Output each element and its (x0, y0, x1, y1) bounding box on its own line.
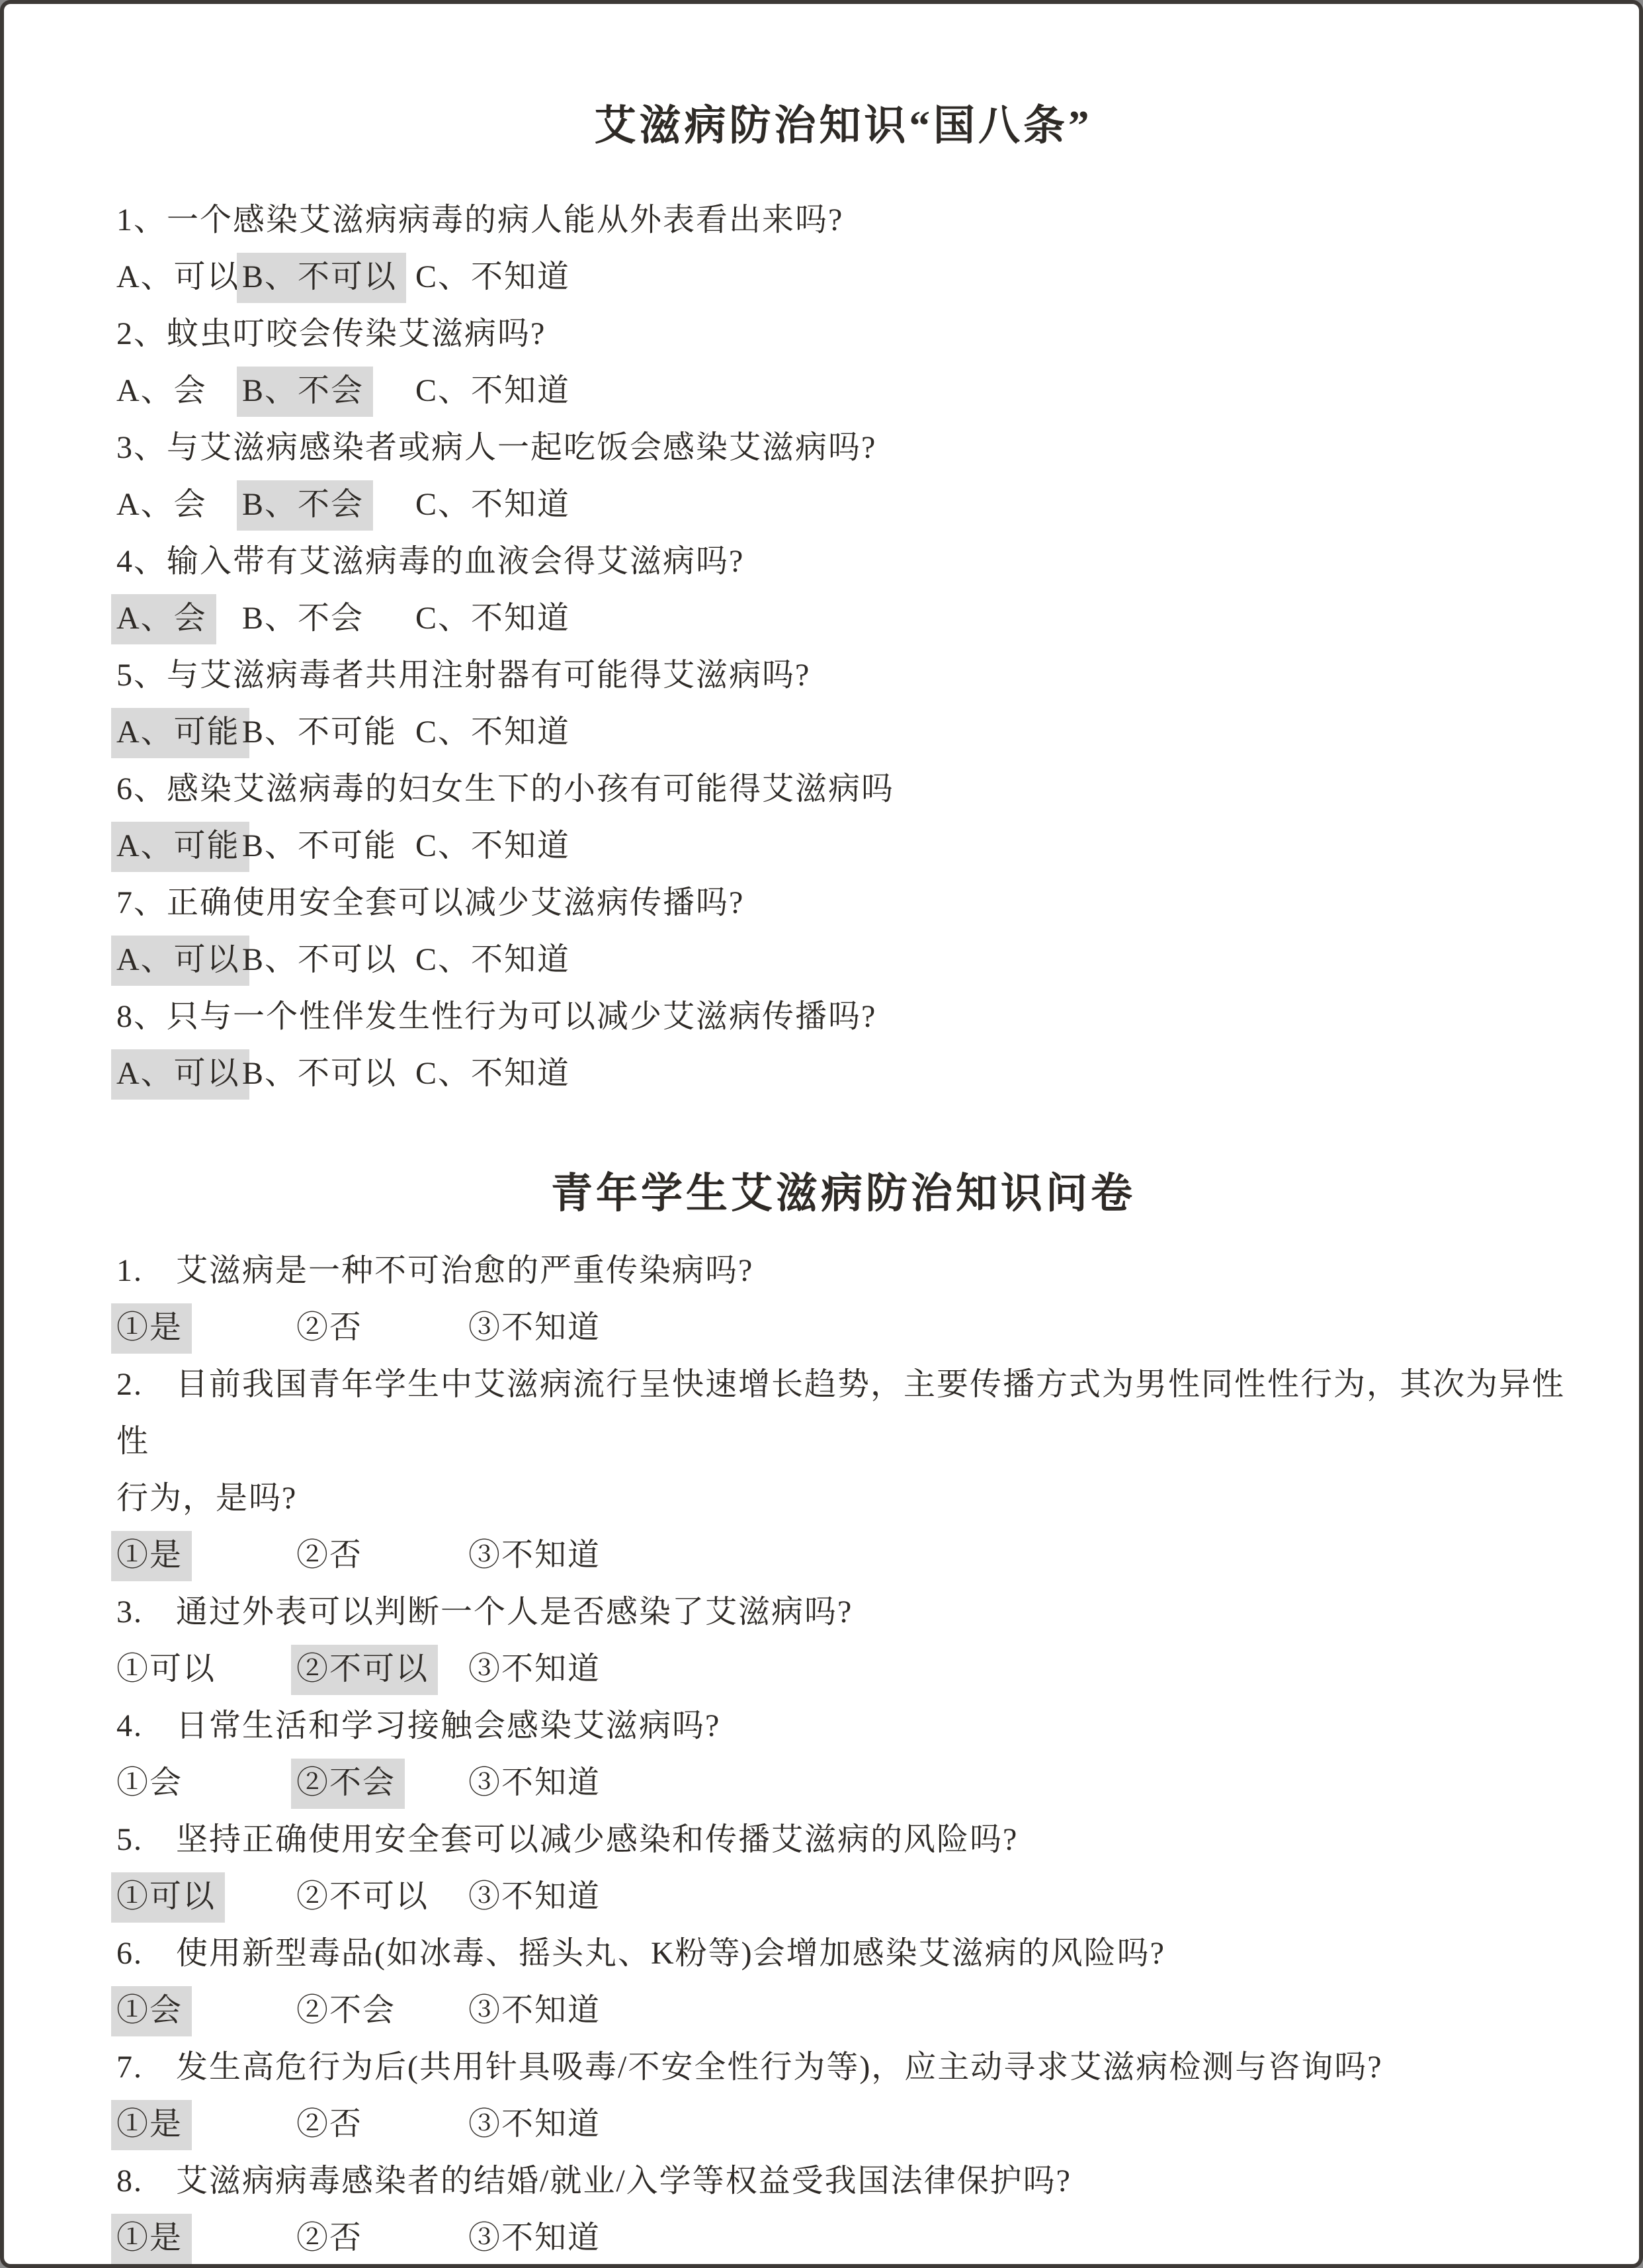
question-text: 3. 通过外表可以判断一个人是否感染了艾滋病吗? (116, 1584, 1570, 1641)
question-text: 8. 艾滋病病毒感染者的结婚/就业/入学等权益受我国法律保护吗? (116, 2153, 1570, 2210)
options-row: ①可以 ②不可以 ③不知道 (116, 1641, 1570, 1698)
option: A、可以 (116, 249, 242, 306)
option: ③不知道 (468, 2210, 1570, 2267)
option: ③不知道 (468, 1641, 1570, 1698)
option: ②不可以 (296, 1641, 468, 1698)
question-text: 2、蚊虫叮咬会传染艾滋病吗? (116, 306, 1570, 363)
question-block: 8. 艾滋病病毒感染者的结婚/就业/入学等权益受我国法律保护吗? ①是 ②否 ③… (116, 2153, 1570, 2267)
option: C、不知道 (415, 363, 1570, 419)
option-label: A、会 (111, 594, 216, 644)
option: ③不知道 (468, 2096, 1570, 2153)
question-block: 1. 艾滋病是一种不可治愈的严重传染病吗? ①是 ②否 ③不知道 (116, 1243, 1570, 1356)
questionnaire-page: 艾滋病防治知识“国八条” 1、一个感染艾滋病病毒的病人能从外表看出来吗? A、可… (0, 0, 1643, 2268)
option: ②否 (296, 2210, 468, 2267)
question-text: 5、与艾滋病毒者共用注射器有可能得艾滋病吗? (116, 647, 1570, 704)
option: C、不知道 (415, 818, 1570, 875)
option-label: C、不知道 (415, 939, 570, 981)
question-block: 4、输入带有艾滋病毒的血液会得艾滋病吗? A、会 B、不会 C、不知道 (116, 533, 1570, 647)
option-label: ③不知道 (468, 1989, 601, 2032)
option: B、不会 (242, 590, 415, 647)
option: ①是 (116, 1527, 296, 1584)
option-label: ①可以 (116, 1648, 216, 1690)
question-text: 6. 使用新型毒品(如冰毒、摇头丸、K粉等)会增加感染艾滋病的风险吗? (116, 1925, 1570, 1982)
section-2-title: 青年学生艾滋病防治知识问卷 (116, 1163, 1570, 1224)
option-label: A、可能 (111, 822, 249, 872)
question-block: 2、蚊虫叮咬会传染艾滋病吗? A、会 B、不会 C、不知道 (116, 306, 1570, 419)
option: C、不知道 (415, 932, 1570, 988)
option-label: C、不知道 (415, 597, 570, 640)
option-label: B、不会 (237, 367, 373, 417)
question-block: 5、与艾滋病毒者共用注射器有可能得艾滋病吗? A、可能 B、不可能 C、不知道 (116, 647, 1570, 761)
option: A、可能 (116, 704, 242, 761)
option: ①可以 (116, 1641, 296, 1698)
option: A、会 (116, 363, 242, 419)
option: C、不知道 (415, 704, 1570, 761)
option: A、可以 (116, 1045, 242, 1102)
option-label: B、不可以 (237, 253, 406, 303)
question-text: 3、与艾滋病感染者或病人一起吃饭会感染艾滋病吗? (116, 419, 1570, 476)
option-label: ②否 (296, 2217, 362, 2259)
option: B、不会 (242, 476, 415, 533)
option-label: B、不可能 (242, 711, 397, 754)
options-row: A、可能 B、不可能 C、不知道 (116, 704, 1570, 761)
option: ③不知道 (468, 1299, 1570, 1356)
option-label: ②否 (296, 2103, 362, 2146)
question-text: 1、一个感染艾滋病病毒的病人能从外表看出来吗? (116, 192, 1570, 249)
option: A、可能 (116, 818, 242, 875)
question-block: 3. 通过外表可以判断一个人是否感染了艾滋病吗? ①可以 ②不可以 ③不知道 (116, 1584, 1570, 1698)
question-block: 5. 坚持正确使用安全套可以减少感染和传播艾滋病的风险吗? ①可以 ②不可以 ③… (116, 1811, 1570, 1925)
option: B、不会 (242, 363, 415, 419)
option: B、不可以 (242, 249, 415, 306)
question-text: 2. 目前我国青年学生中艾滋病流行呈快速增长趋势，主要传播方式为男性同性性行为，… (116, 1356, 1570, 1470)
options-row: A、可以 B、不可以 C、不知道 (116, 249, 1570, 306)
question-text: 7、正确使用安全套可以减少艾滋病传播吗? (116, 875, 1570, 932)
option-label: ①会 (116, 1762, 183, 1804)
option: ①会 (116, 1755, 296, 1811)
option-label: B、不会 (237, 480, 373, 531)
question-text: 4、输入带有艾滋病毒的血液会得艾滋病吗? (116, 533, 1570, 590)
option-label: A、可以 (111, 936, 249, 986)
option-label: ①是 (111, 1531, 192, 1581)
options-row: A、可能 B、不可能 C、不知道 (116, 818, 1570, 875)
options-row: A、会 B、不会 C、不知道 (116, 363, 1570, 419)
options-row: A、可以 B、不可以 C、不知道 (116, 1045, 1570, 1102)
option: ③不知道 (468, 1982, 1570, 2039)
question-block: 6. 使用新型毒品(如冰毒、摇头丸、K粉等)会增加感染艾滋病的风险吗? ①会 ②… (116, 1925, 1570, 2039)
option-label: ③不知道 (468, 1648, 601, 1690)
option-label: B、不可以 (242, 939, 397, 981)
option: ①是 (116, 2096, 296, 2153)
question-block: 4. 日常生活和学习接触会感染艾滋病吗? ①会 ②不会 ③不知道 (116, 1698, 1570, 1811)
option: B、不可能 (242, 704, 415, 761)
option: B、不可以 (242, 932, 415, 988)
option-label: B、不可能 (242, 825, 397, 867)
options-row: ①是 ②否 ③不知道 (116, 2210, 1570, 2267)
option-label: ③不知道 (468, 2103, 601, 2146)
options-row: ①会 ②不会 ③不知道 (116, 1755, 1570, 1811)
section-2: 1. 艾滋病是一种不可治愈的严重传染病吗? ①是 ②否 ③不知道 2. 目前我国… (116, 1243, 1570, 2267)
option: ②不会 (296, 1755, 468, 1811)
option-label: A、会 (116, 370, 207, 412)
option-label: A、可以 (111, 1049, 249, 1100)
option: B、不可以 (242, 1045, 415, 1102)
option: ①会 (116, 1982, 296, 2039)
option-label: B、不可以 (242, 1053, 397, 1095)
option-label: ②不会 (291, 1759, 405, 1809)
section-1: 1、一个感染艾滋病病毒的病人能从外表看出来吗? A、可以 B、不可以 C、不知道… (116, 192, 1570, 1102)
option-label: C、不知道 (415, 370, 570, 412)
option-label: ①可以 (111, 1872, 225, 1923)
options-row: A、可以 B、不可以 C、不知道 (116, 932, 1570, 988)
question-text: 1. 艾滋病是一种不可治愈的严重传染病吗? (116, 1243, 1570, 1299)
option-label: ①是 (111, 2100, 192, 2150)
options-row: ①是 ②否 ③不知道 (116, 1527, 1570, 1584)
option: ②否 (296, 1527, 468, 1584)
option: ②否 (296, 1299, 468, 1356)
option-label: ②否 (296, 1534, 362, 1577)
question-block: 3、与艾滋病感染者或病人一起吃饭会感染艾滋病吗? A、会 B、不会 C、不知道 (116, 419, 1570, 533)
option: ③不知道 (468, 1527, 1570, 1584)
option: C、不知道 (415, 590, 1570, 647)
option: ①是 (116, 2210, 296, 2267)
option: ②不会 (296, 1982, 468, 2039)
option-label: ③不知道 (468, 1307, 601, 1349)
options-row: ①是 ②否 ③不知道 (116, 2096, 1570, 2153)
option-label: B、不会 (242, 597, 364, 640)
question-block: 8、只与一个性伴发生性行为可以减少艾滋病传播吗? A、可以 B、不可以 C、不知… (116, 988, 1570, 1102)
question-block: 7. 发生高危行为后(共用针具吸毒/不安全性行为等)，应主动寻求艾滋病检测与咨询… (116, 2039, 1570, 2153)
option-label: ①会 (111, 1986, 192, 2036)
option: ②不可以 (296, 1868, 468, 1925)
option-label: C、不知道 (415, 256, 570, 298)
option: A、会 (116, 476, 242, 533)
option-label: A、可以 (116, 256, 240, 298)
option-label: ②不会 (296, 1989, 396, 2032)
question-text: 5. 坚持正确使用安全套可以减少感染和传播艾滋病的风险吗? (116, 1811, 1570, 1868)
question-text: 6、感染艾滋病毒的妇女生下的小孩有可能得艾滋病吗 (116, 761, 1570, 818)
question-text: 8、只与一个性伴发生性行为可以减少艾滋病传播吗? (116, 988, 1570, 1045)
options-row: A、会 B、不会 C、不知道 (116, 590, 1570, 647)
option: ①可以 (116, 1868, 296, 1925)
option: C、不知道 (415, 1045, 1570, 1102)
option-label: C、不知道 (415, 825, 570, 867)
option: ③不知道 (468, 1755, 1570, 1811)
options-row: ①会 ②不会 ③不知道 (116, 1982, 1570, 2039)
question-block: 6、感染艾滋病毒的妇女生下的小孩有可能得艾滋病吗 A、可能 B、不可能 C、不知… (116, 761, 1570, 875)
options-row: A、会 B、不会 C、不知道 (116, 476, 1570, 533)
section-1-title: 艾滋病防治知识“国八条” (116, 95, 1570, 156)
option-label: ③不知道 (468, 2217, 601, 2259)
option-label: ①是 (111, 1303, 192, 1354)
option-label: ②不可以 (291, 1645, 438, 1695)
option-label: ①是 (111, 2214, 192, 2264)
option-label: A、可能 (111, 708, 249, 758)
option: ③不知道 (468, 1868, 1570, 1925)
question-text: 7. 发生高危行为后(共用针具吸毒/不安全性行为等)，应主动寻求艾滋病检测与咨询… (116, 2039, 1570, 2096)
option: ①是 (116, 1299, 296, 1356)
option-label: ③不知道 (468, 1534, 601, 1577)
question-text: 4. 日常生活和学习接触会感染艾滋病吗? (116, 1698, 1570, 1755)
option: A、会 (116, 590, 242, 647)
options-row: ①可以 ②不可以 ③不知道 (116, 1868, 1570, 1925)
option-label: C、不知道 (415, 484, 570, 526)
question-block: 2. 目前我国青年学生中艾滋病流行呈快速增长趋势，主要传播方式为男性同性性行为，… (116, 1356, 1570, 1584)
option-label: ③不知道 (468, 1762, 601, 1804)
option-label: C、不知道 (415, 711, 570, 754)
option-label: ②不可以 (296, 1876, 429, 1918)
question-text-continued: 行为，是吗? (116, 1470, 1570, 1527)
option: ②否 (296, 2096, 468, 2153)
options-row: ①是 ②否 ③不知道 (116, 1299, 1570, 1356)
option: C、不知道 (415, 249, 1570, 306)
option-label: ③不知道 (468, 1876, 601, 1918)
option-label: ②否 (296, 1307, 362, 1349)
option-label: A、会 (116, 484, 207, 526)
option: A、可以 (116, 932, 242, 988)
option: C、不知道 (415, 476, 1570, 533)
option-label: C、不知道 (415, 1053, 570, 1095)
question-block: 7、正确使用安全套可以减少艾滋病传播吗? A、可以 B、不可以 C、不知道 (116, 875, 1570, 988)
question-block: 1、一个感染艾滋病病毒的病人能从外表看出来吗? A、可以 B、不可以 C、不知道 (116, 192, 1570, 306)
option: B、不可能 (242, 818, 415, 875)
